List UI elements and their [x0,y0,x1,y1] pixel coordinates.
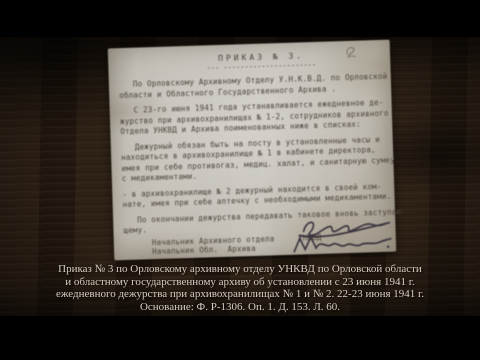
slide-caption: Приказ № 3 по Орловскому архивному отдел… [0,263,480,313]
caption-line: Основание: Ф. Р-1306. Оп. 1. Д. 153. Л. … [0,301,480,314]
archival-document-scan: ПРИКАЗ № 3. --- ---------------------- П… [108,40,397,261]
document-paragraph: По Орловскому Архивному Отделу У.Н.К.В.Д… [109,72,392,102]
caption-line: Приказ № 3 по Орловскому архивному отдел… [0,263,480,276]
letterbox-bar-bottom [0,316,480,360]
caption-line: и областному государственному архиву об … [0,276,480,289]
document-paragraph: - в архивохранилище № 2 дежурный находит… [112,181,395,211]
handwritten-signatures [253,212,394,256]
presentation-slide: ПРИКАЗ № 3. --- ---------------------- П… [0,0,480,360]
document-paragraph: Дежурный обязан быть на посту в установл… [111,134,394,185]
document-paragraph: С 23-го июня 1941 года устанавливается е… [110,98,393,138]
letterbox-bar-top [0,0,480,37]
signature-ink-period [387,246,389,248]
caption-line: ежедневного дежурства при архивохранилищ… [0,288,480,301]
